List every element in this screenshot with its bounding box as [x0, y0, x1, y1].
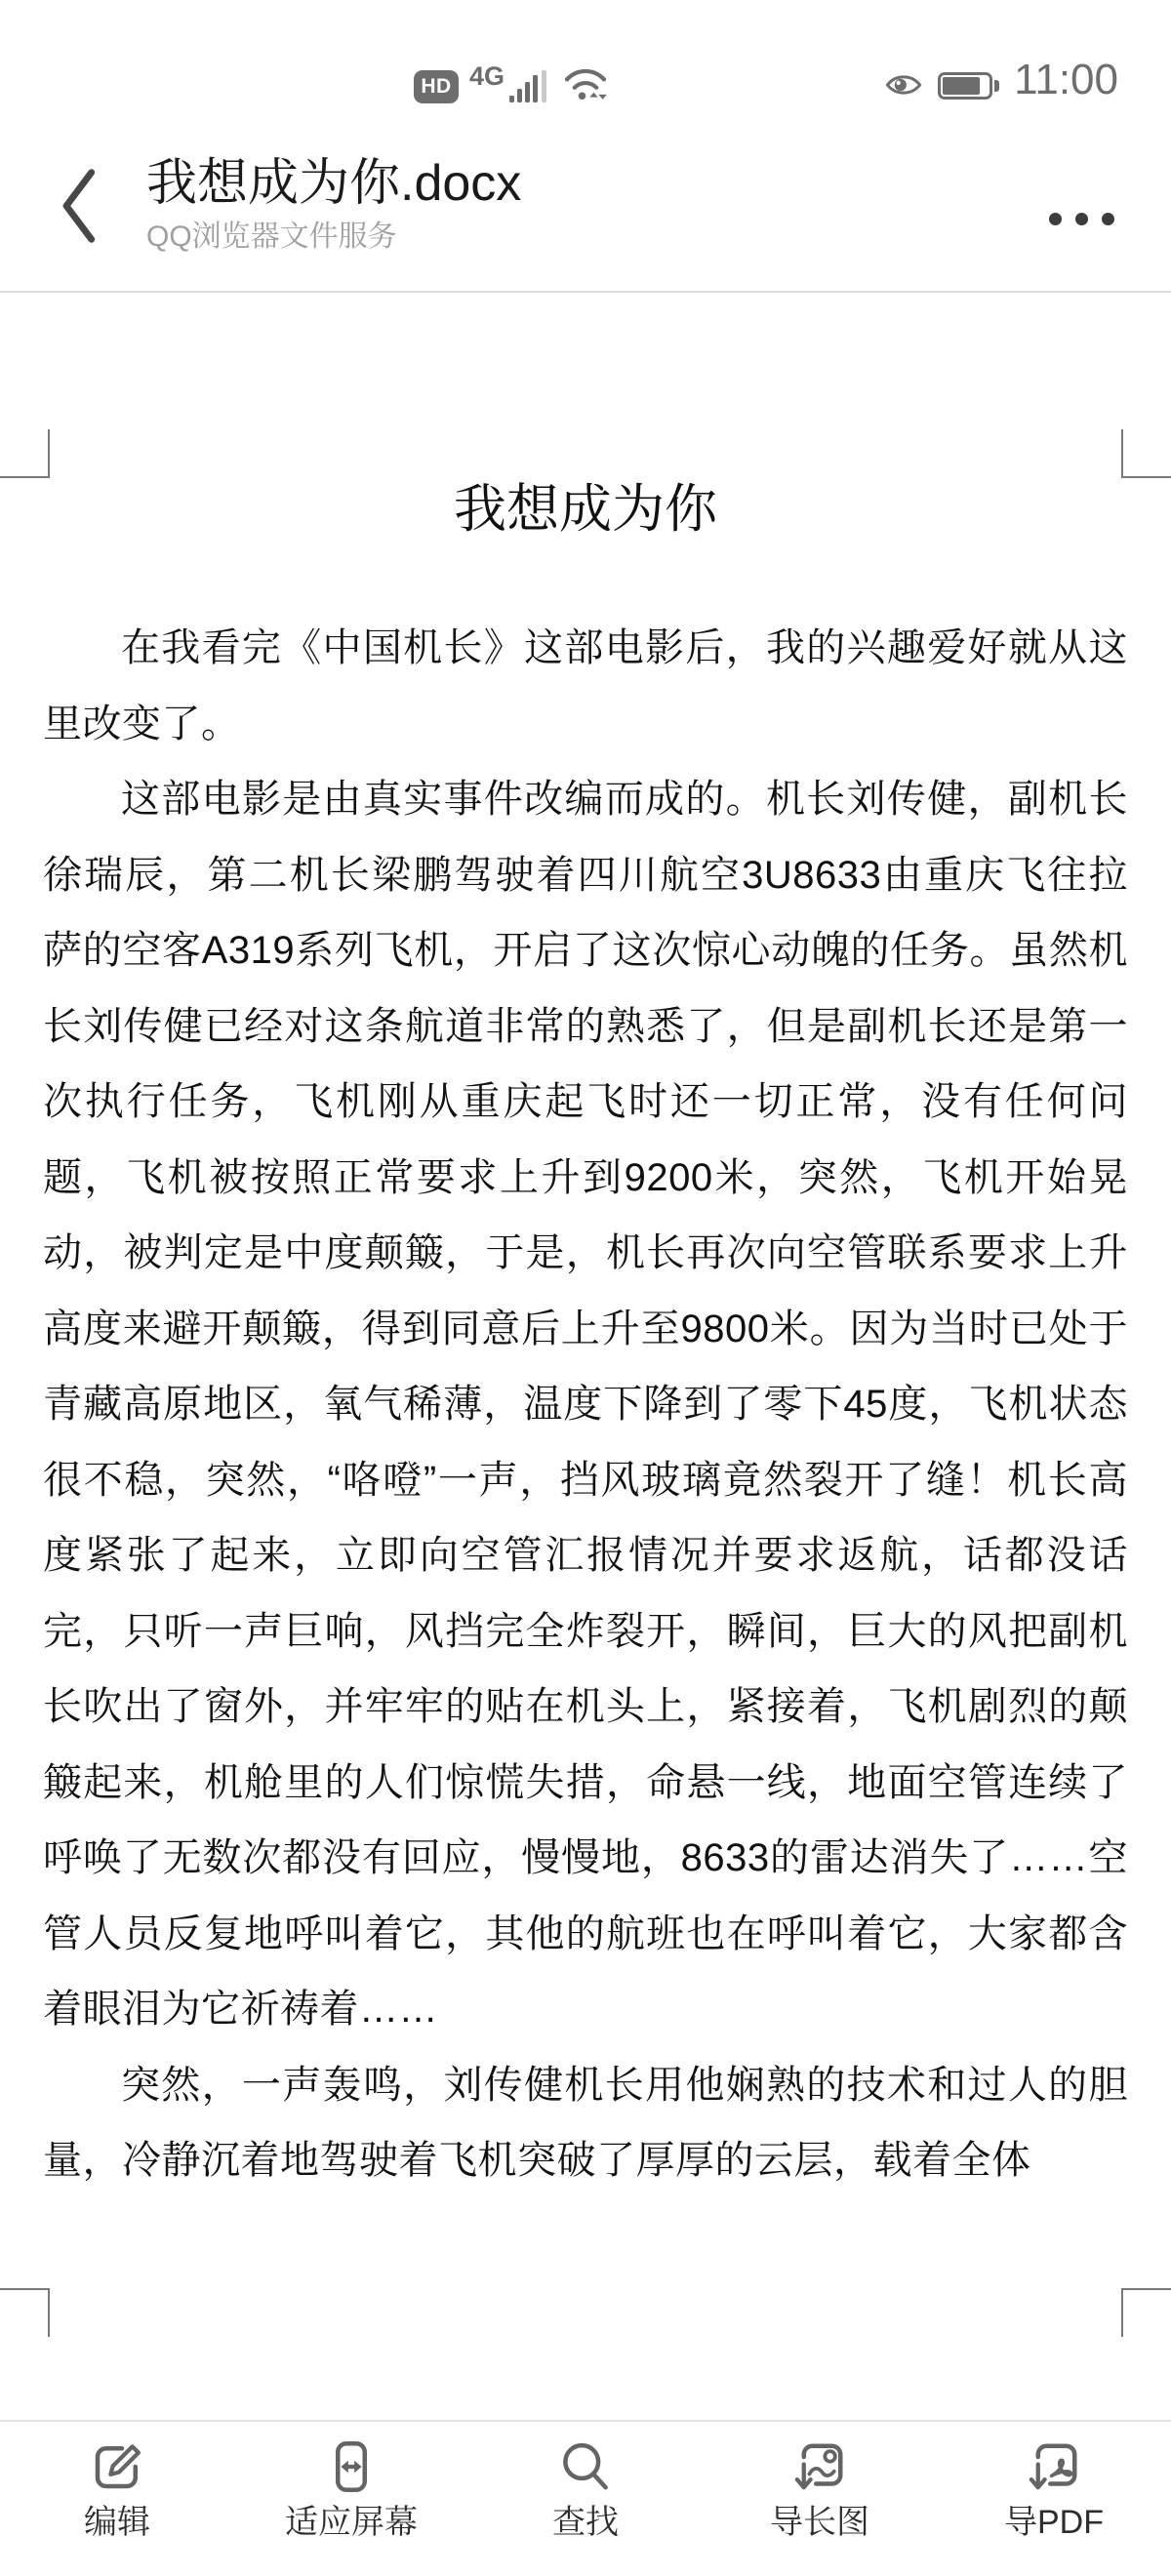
fit-screen-button[interactable]: 适应屏幕	[234, 2422, 468, 2576]
document-page[interactable]: 我想成为你 在我看完《中国机长》这部电影后，我的兴趣爱好就从这里改变了。 这部电…	[0, 293, 1171, 2420]
page-corner-mark-bottom-left	[0, 2288, 50, 2337]
clock-text: 11:00	[1014, 59, 1118, 101]
page-corner-mark-bottom-right	[1121, 2288, 1171, 2337]
dot	[1049, 213, 1062, 225]
document-header: 我想成为你.docx QQ浏览器文件服务	[0, 107, 1171, 293]
search-icon	[556, 2437, 615, 2496]
page-corner-mark-top-right	[1121, 429, 1171, 478]
eye-comfort-icon	[884, 71, 923, 99]
export-pdf-label: 导PDF	[1004, 2505, 1104, 2541]
dot	[1102, 213, 1114, 225]
bottom-toolbar: 编辑 适应屏幕 查找	[0, 2420, 1171, 2576]
battery-icon	[938, 72, 999, 100]
document-paragraph: 这部电影是由真实事件改编而成的。机长刘传健，副机长徐瑞辰，第二机长梁鹏驾驶着四川…	[43, 762, 1128, 2048]
network-type-label: 4G	[469, 63, 505, 90]
hd-voice-icon: HD	[414, 70, 459, 103]
export-long-image-label: 导长图	[770, 2505, 869, 2541]
wifi-icon	[563, 66, 608, 103]
page-corner-mark-top-left	[0, 429, 50, 478]
edit-label: 编辑	[84, 2505, 150, 2541]
back-button[interactable]	[55, 159, 101, 253]
dot	[1075, 213, 1088, 225]
signal-bars-icon	[509, 68, 552, 103]
file-title: 我想成为你.docx	[146, 150, 1005, 217]
fit-screen-label: 适应屏幕	[285, 2505, 418, 2541]
battery-fill	[943, 77, 980, 95]
status-right-icons: 11:00	[884, 59, 1118, 101]
document-paragraph: 突然，一声轰鸣，刘传健机长用他娴熟的技术和过人的胆量，冷静沉着地驾驶着飞机突破了…	[43, 2048, 1128, 2199]
find-button[interactable]: 查找	[468, 2422, 703, 2576]
status-left-icons: HD 4G	[414, 63, 608, 103]
header-titles: 我想成为你.docx QQ浏览器文件服务	[146, 150, 1005, 256]
phone-screen: HD 4G	[0, 0, 1171, 2576]
document-paragraph: 在我看完《中国机长》这部电影后，我的兴趣爱好就从这里改变了。	[43, 611, 1128, 762]
more-options-button[interactable]	[1049, 213, 1114, 225]
export-pdf-button[interactable]: 导PDF	[937, 2422, 1171, 2576]
edit-icon	[88, 2437, 146, 2496]
export-pdf-icon	[1025, 2437, 1083, 2496]
document-title: 我想成为你	[43, 476, 1128, 543]
status-bar: HD 4G	[0, 0, 1171, 107]
file-source-subtitle: QQ浏览器文件服务	[146, 219, 1005, 256]
edit-button[interactable]: 编辑	[0, 2422, 234, 2576]
find-label: 查找	[552, 2505, 619, 2541]
export-long-image-icon	[790, 2437, 849, 2496]
export-long-image-button[interactable]: 导长图	[703, 2422, 937, 2576]
fit-screen-icon	[322, 2437, 381, 2496]
